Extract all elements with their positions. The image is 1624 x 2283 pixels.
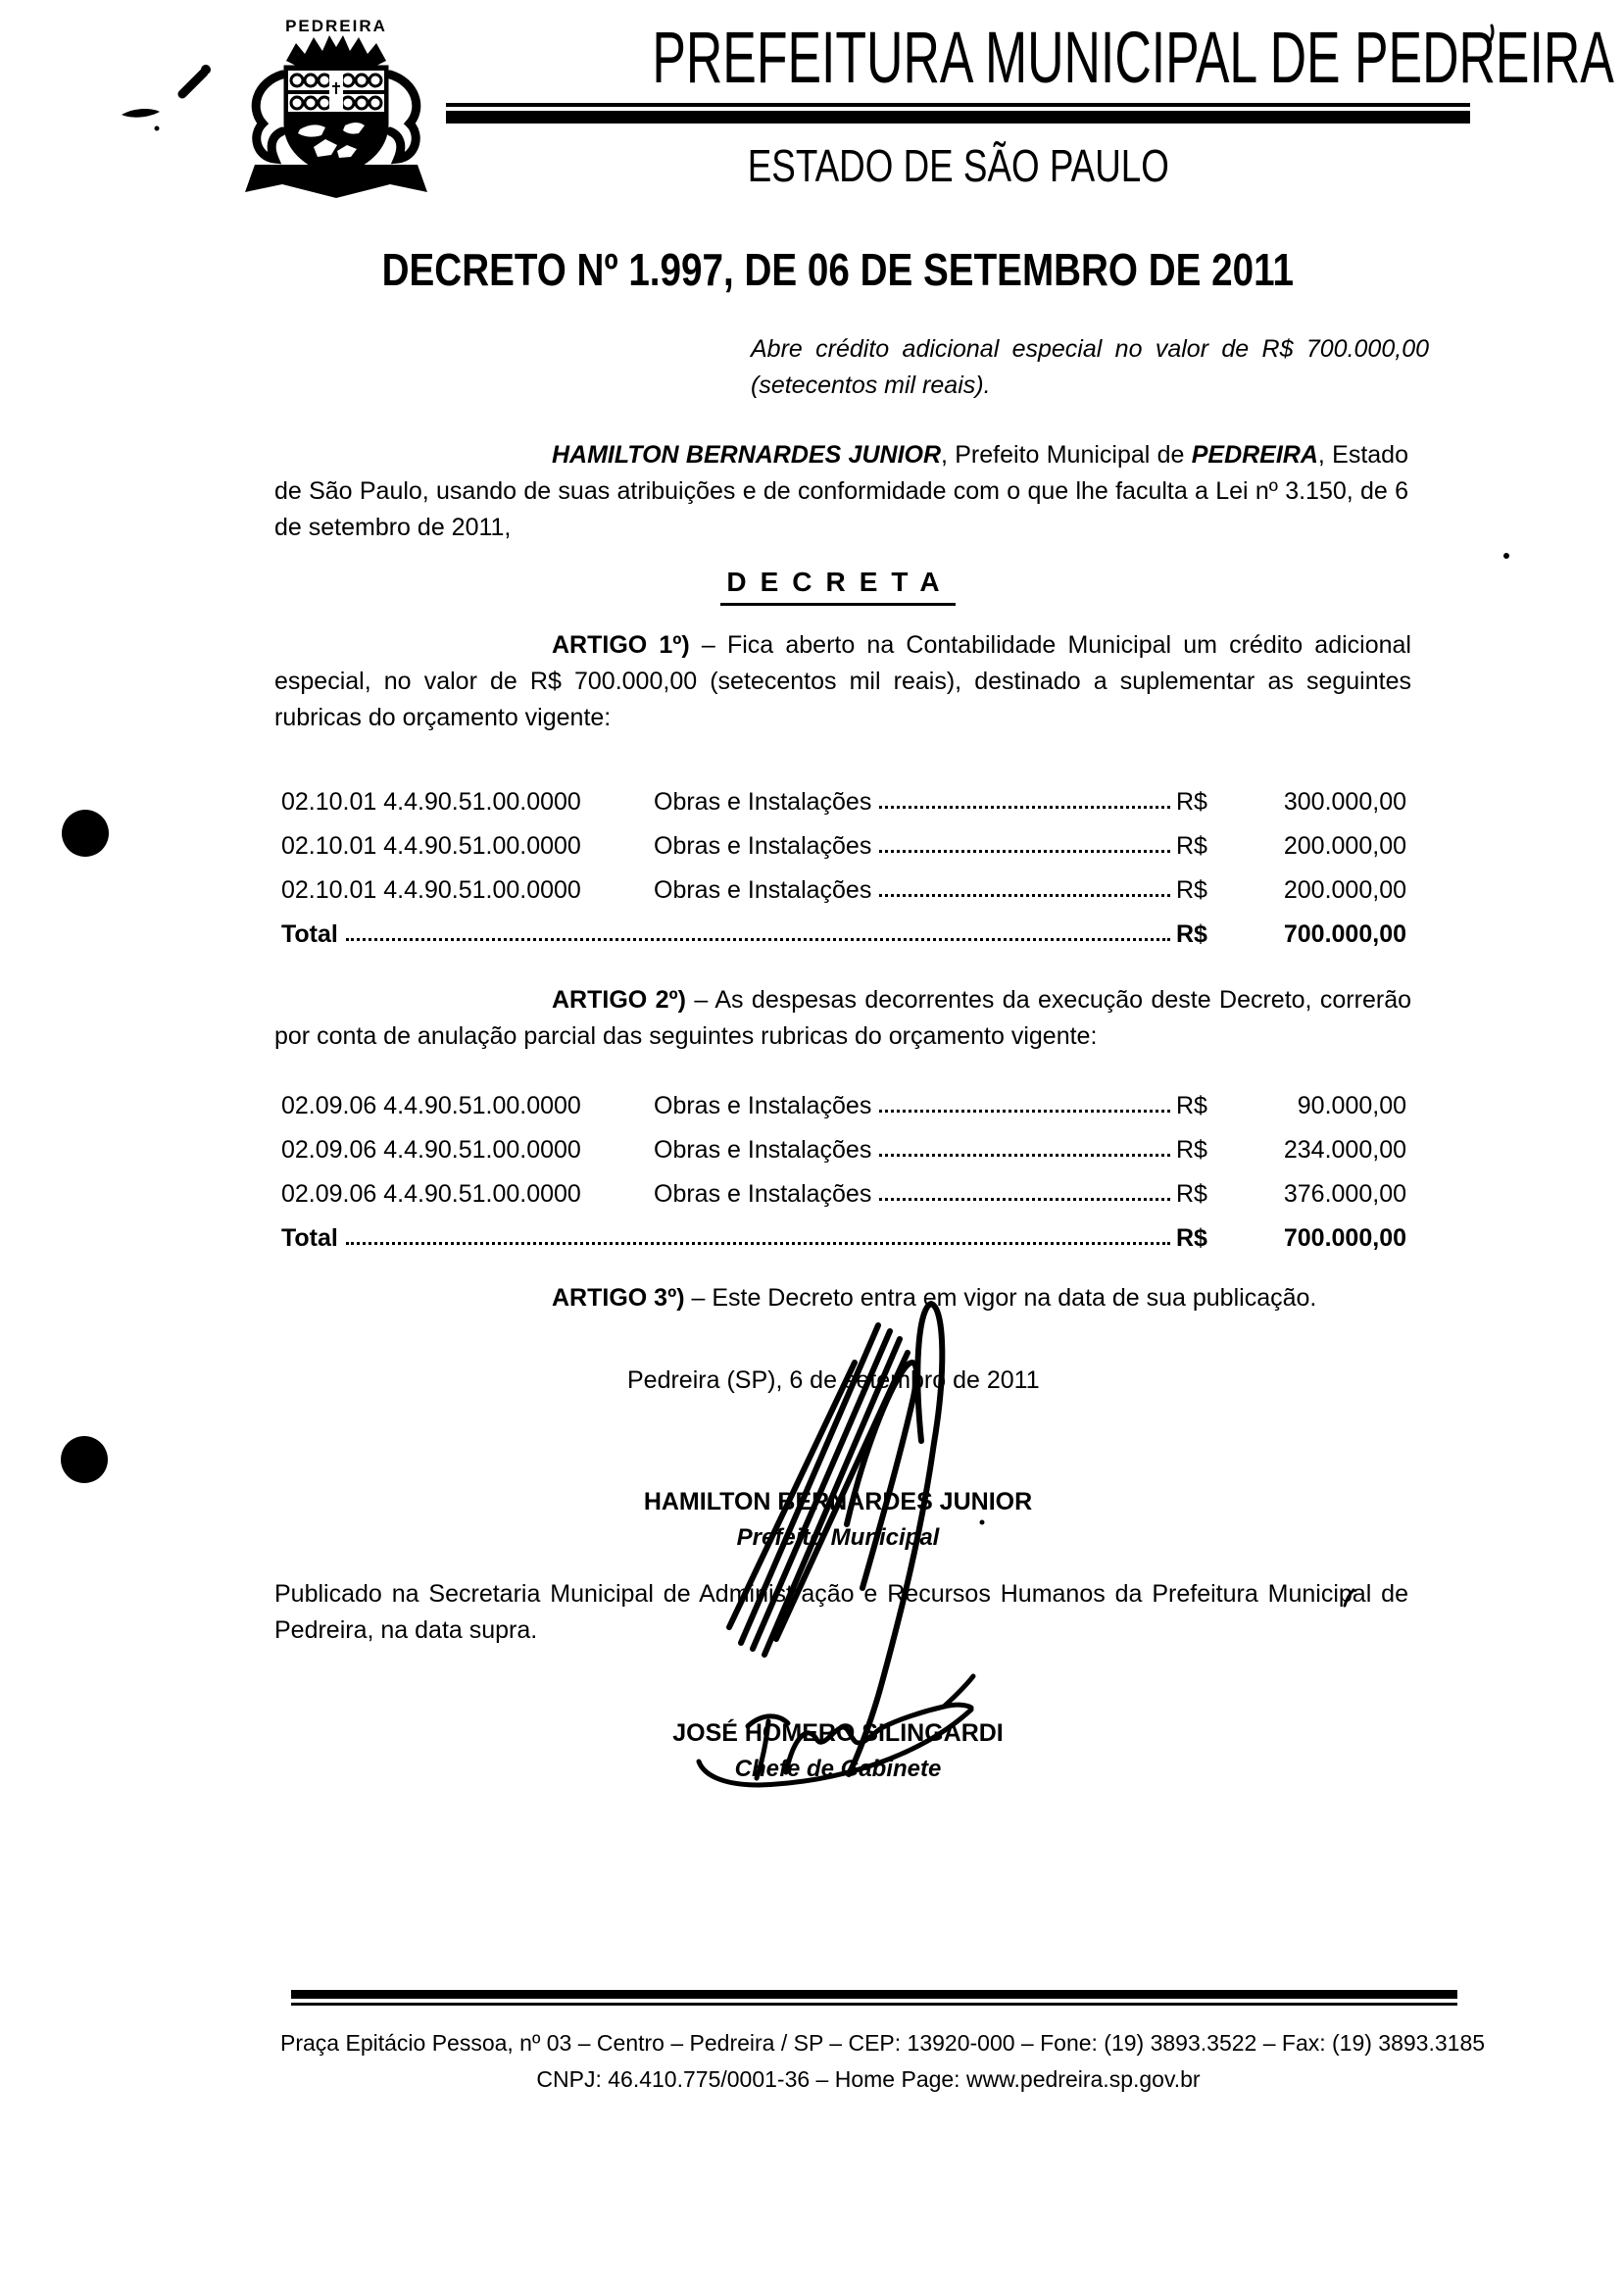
- total-label: Total: [281, 1224, 338, 1253]
- budget-code: 02.10.01 4.4.90.51.00.0000: [281, 832, 654, 861]
- amount-value: 234.000,00: [1245, 1136, 1406, 1165]
- scanned-decree-page: PEDREIRA PREFEITURA: [0, 0, 1624, 2283]
- dot-leader: [346, 937, 1170, 941]
- table-row: 02.10.01 4.4.90.51.00.0000 Obras e Insta…: [281, 772, 1406, 817]
- amount-value: 376.000,00: [1245, 1180, 1406, 1209]
- table-row: 02.10.01 4.4.90.51.00.0000 Obras e Insta…: [281, 817, 1406, 861]
- crest-right-branch-icon: [390, 74, 417, 159]
- preamble-paragraph: HAMILTON BERNARDES JUNIOR, Prefeito Muni…: [274, 437, 1408, 546]
- mayor-signature-block: HAMILTON BERNARDES JUNIOR Prefeito Munic…: [245, 1490, 1431, 1550]
- dot-leader: [879, 805, 1170, 809]
- currency-symbol: R$: [1176, 1136, 1245, 1165]
- mayor-name: HAMILTON BERNARDES JUNIOR: [245, 1490, 1431, 1514]
- article-2-paragraph: ARTIGO 2º) – As despesas decorrentes da …: [274, 982, 1411, 1055]
- budget-desc: Obras e Instalações: [654, 788, 871, 817]
- mayor-role: Prefeito Municipal: [245, 1526, 1431, 1550]
- total-value: 700.000,00: [1245, 1224, 1406, 1253]
- letterhead-rule-thick: [446, 111, 1470, 124]
- budget-code: 02.10.01 4.4.90.51.00.0000: [281, 876, 654, 905]
- dot-leader: [879, 1109, 1170, 1113]
- city-name-inline: PEDREIRA: [1192, 441, 1318, 469]
- footer-cnpj-line: CNPJ: 46.410.775/0001-36 – Home Page: ww…: [280, 2061, 1456, 2098]
- total-value: 700.000,00: [1245, 920, 1406, 949]
- article-1-paragraph: ARTIGO 1º) – Fica aberto na Contabilidad…: [274, 627, 1411, 736]
- article-1-table: 02.10.01 4.4.90.51.00.0000 Obras e Insta…: [281, 772, 1406, 949]
- article-1-label: ARTIGO 1º): [552, 631, 690, 659]
- municipal-crest: PEDREIRA: [227, 10, 445, 206]
- date-place-line: Pedreira (SP), 6 de setembro de 2011: [627, 1366, 1040, 1395]
- table-row: 02.09.06 4.4.90.51.00.0000 Obras e Insta…: [281, 1120, 1406, 1165]
- budget-desc: Obras e Instalações: [654, 1180, 871, 1209]
- crest-left-branch-icon: [256, 74, 282, 159]
- currency-symbol: R$: [1176, 876, 1245, 905]
- dot-leader: [879, 1197, 1170, 1201]
- letterhead-rule-thin: [446, 103, 1470, 107]
- table-total-row: Total R$ 700.000,00: [281, 1209, 1406, 1253]
- dot-leader: [879, 893, 1170, 897]
- currency-symbol: R$: [1176, 1224, 1245, 1253]
- article-3-label: ARTIGO 3º): [552, 1284, 685, 1312]
- table-row: 02.10.01 4.4.90.51.00.0000 Obras e Insta…: [281, 861, 1406, 905]
- currency-symbol: R$: [1176, 788, 1245, 817]
- budget-desc: Obras e Instalações: [654, 1136, 871, 1165]
- chief-name: JOSÉ HOMERO SILINGARDI: [245, 1721, 1431, 1746]
- dot-leader: [879, 849, 1170, 853]
- budget-code: 02.09.06 4.4.90.51.00.0000: [281, 1092, 654, 1120]
- table-total-row: Total R$ 700.000,00: [281, 905, 1406, 949]
- budget-desc: Obras e Instalações: [654, 1092, 871, 1120]
- total-label: Total: [281, 920, 338, 949]
- letterhead: PREFEITURA MUNICIPAL DE PEDREIRA ESTADO …: [446, 22, 1470, 188]
- amount-value: 90.000,00: [1245, 1092, 1406, 1120]
- table-row: 02.09.06 4.4.90.51.00.0000 Obras e Insta…: [281, 1076, 1406, 1120]
- decree-summary: Abre crédito adicional especial no valor…: [751, 331, 1429, 404]
- currency-symbol: R$: [1176, 832, 1245, 861]
- footer-address-line: Praça Epitácio Pessoa, nº 03 – Centro – …: [280, 2025, 1456, 2061]
- budget-code: 02.09.06 4.4.90.51.00.0000: [281, 1136, 654, 1165]
- chief-role: Chefe de Gabinete: [245, 1758, 1431, 1781]
- currency-symbol: R$: [1176, 920, 1245, 949]
- article-3-paragraph: ARTIGO 3º) – Este Decreto entra em vigor…: [274, 1280, 1411, 1316]
- budget-code: 02.10.01 4.4.90.51.00.0000: [281, 788, 654, 817]
- table-row: 02.09.06 4.4.90.51.00.0000 Obras e Insta…: [281, 1165, 1406, 1209]
- letterhead-municipality: PREFEITURA MUNICIPAL DE PEDREIRA: [446, 22, 1470, 94]
- dot-leader: [346, 1241, 1170, 1245]
- currency-symbol: R$: [1176, 1092, 1245, 1120]
- decree-title: DECRETO Nº 1.997, DE 06 DE SETEMBRO DE 2…: [245, 247, 1431, 292]
- article-2-label: ARTIGO 2º): [552, 986, 686, 1014]
- budget-desc: Obras e Instalações: [654, 832, 871, 861]
- budget-desc: Obras e Instalações: [654, 876, 871, 905]
- footer-rule-thick: [291, 1990, 1457, 1999]
- hole-punch-mark: [61, 810, 109, 1483]
- decreta-heading: DECRETA: [245, 567, 1431, 606]
- dot-leader: [879, 1153, 1170, 1157]
- crest-ribbon-icon: [245, 165, 427, 198]
- crest-cross-lower: [329, 94, 343, 112]
- amount-value: 300.000,00: [1245, 788, 1406, 817]
- budget-code: 02.09.06 4.4.90.51.00.0000: [281, 1180, 654, 1209]
- article-2-table: 02.09.06 4.4.90.51.00.0000 Obras e Insta…: [281, 1076, 1406, 1253]
- mayor-name-inline: HAMILTON BERNARDES JUNIOR: [552, 441, 941, 469]
- footer-rule-thin: [291, 2003, 1457, 2006]
- currency-symbol: R$: [1176, 1180, 1245, 1209]
- publication-paragraph: Publicado na Secretaria Municipal de Adm…: [274, 1576, 1408, 1649]
- crest-label: PEDREIRA: [285, 17, 387, 35]
- amount-value: 200.000,00: [1245, 876, 1406, 905]
- amount-value: 200.000,00: [1245, 832, 1406, 861]
- letterhead-state: ESTADO DE SÃO PAULO: [446, 143, 1470, 188]
- footer: Praça Epitácio Pessoa, nº 03 – Centro – …: [280, 2025, 1456, 2098]
- chief-signature-block: JOSÉ HOMERO SILINGARDI Chefe de Gabinete: [245, 1721, 1431, 1781]
